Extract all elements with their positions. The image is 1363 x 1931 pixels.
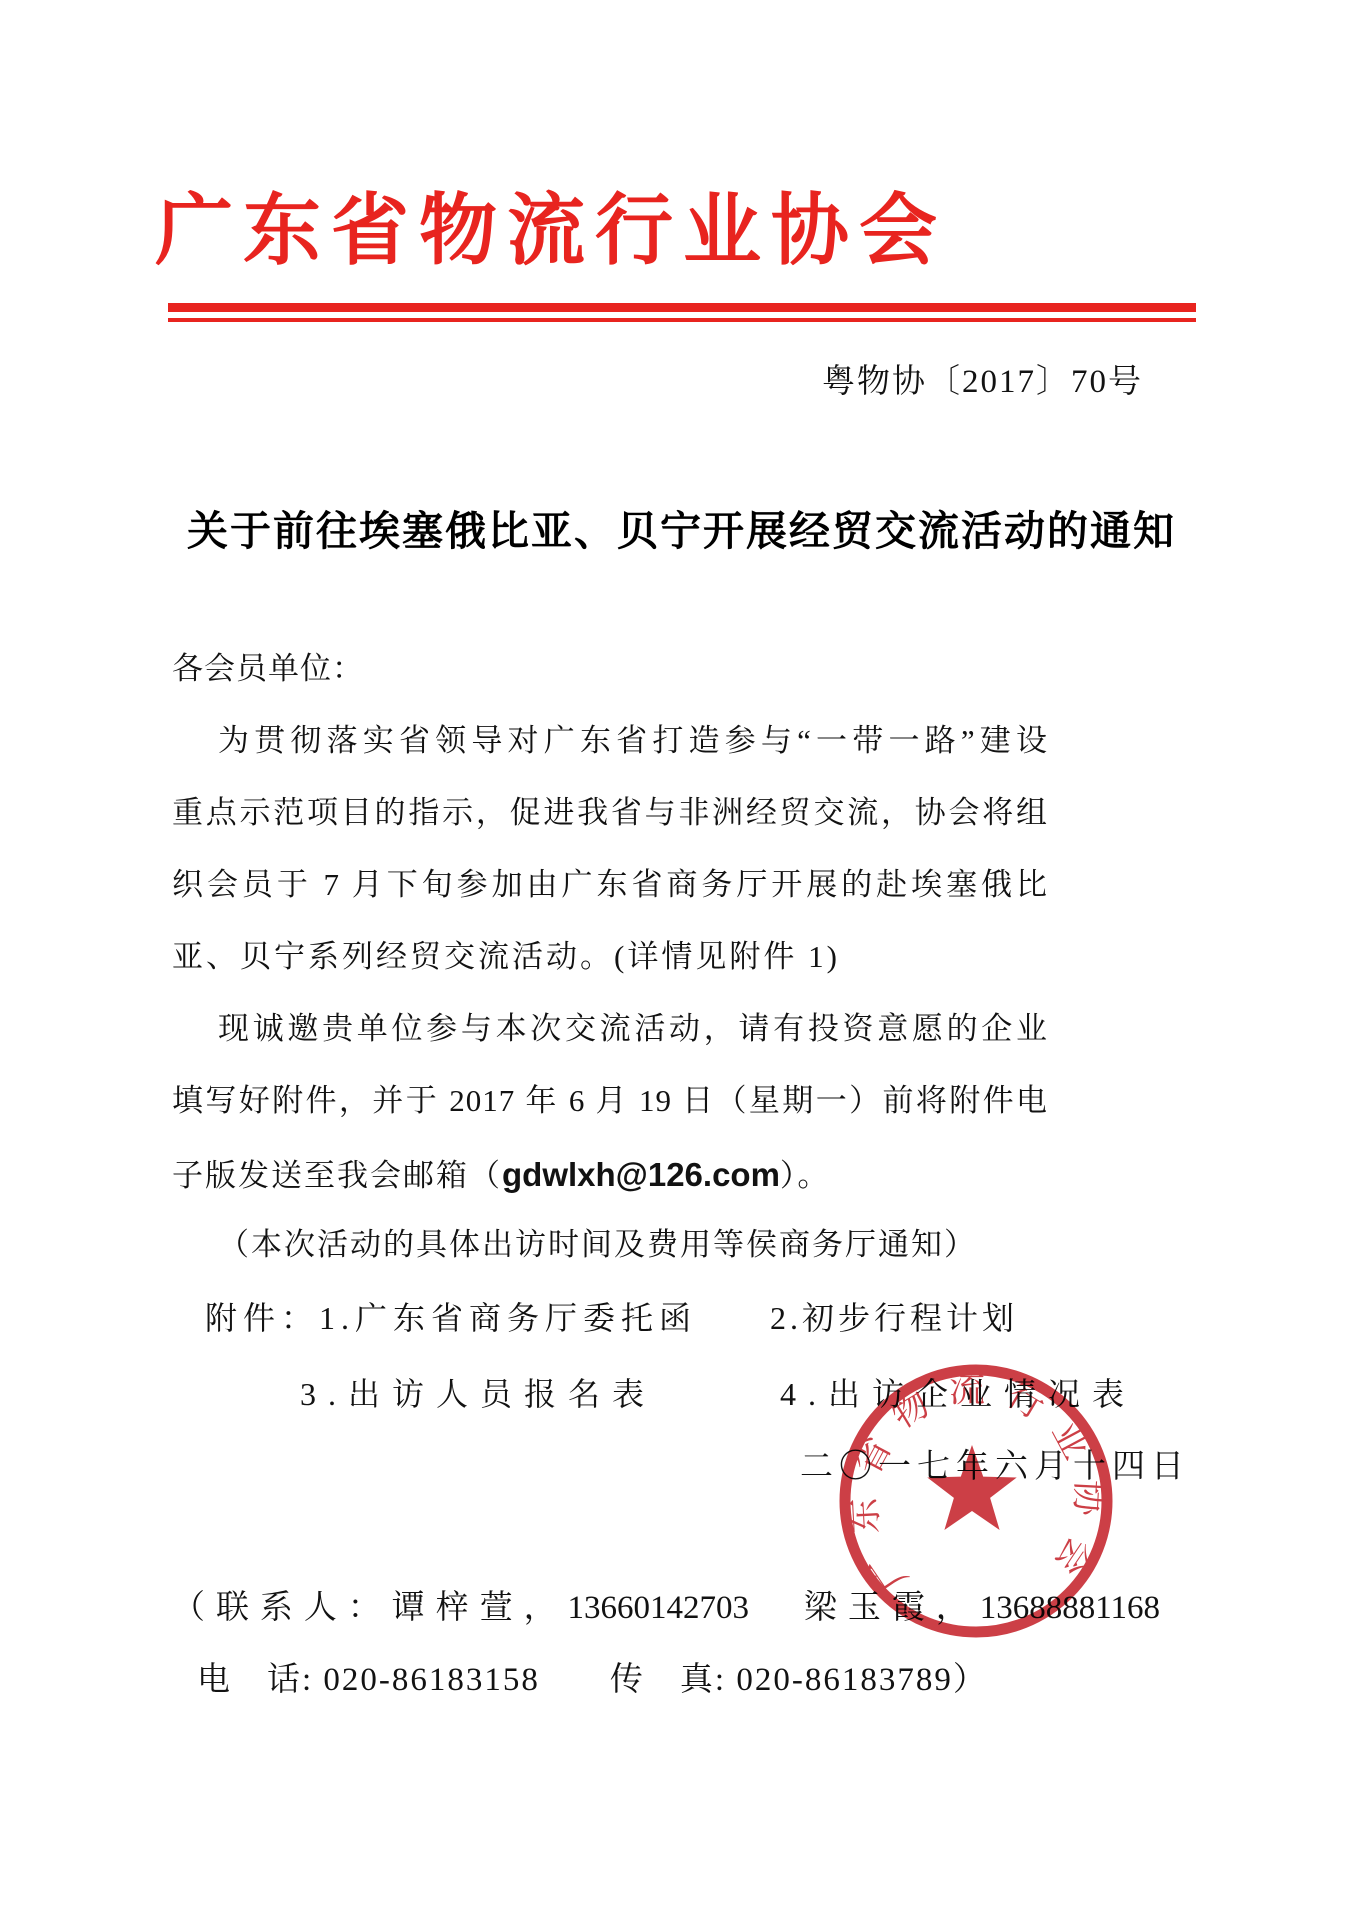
para2-line3: 子版发送至我会邮箱（gdwlxh@126.com）。 bbox=[172, 1154, 830, 1196]
attachment-row1-left: 附件：1.广东省商务厅委托函 bbox=[205, 1298, 697, 1338]
para1-line3: 织会员于 7 月下旬参加由广东省商务厅开展的赴埃塞俄比 bbox=[172, 866, 1048, 910]
document-number: 粤物协〔2017〕70号 bbox=[822, 362, 1143, 403]
para1-line1: 为贯彻落实省领导对广东省打造参与“一带一路”建设 bbox=[218, 722, 1048, 766]
para2-line2: 填写好附件，并于 2017 年 6 月 19 日（星期一）前将附件电 bbox=[172, 1082, 1048, 1126]
salutation: 各会员单位： bbox=[172, 650, 364, 689]
notice-title: 关于前往埃塞俄比亚、贝宁开展经贸交流活动的通知 bbox=[0, 498, 1363, 557]
para2-line3-prefix: 子版发送至我会邮箱（ bbox=[172, 1158, 502, 1193]
attachment-row2-left: 3.出访人员报名表 bbox=[300, 1374, 656, 1414]
attachment-row1-right: 2.初步行程计划 bbox=[770, 1298, 1018, 1338]
seal-star bbox=[927, 1445, 1016, 1530]
note-line: （本次活动的具体出访时间及费用等侯商务厅通知） bbox=[218, 1226, 977, 1265]
letterhead-rule-thin bbox=[168, 318, 1196, 322]
letterhead-org-name: 广东省物流行业协会 bbox=[155, 182, 947, 280]
document-page: 广东省物流行业协会 粤物协〔2017〕70号 关于前往埃塞俄比亚、贝宁开展经贸交… bbox=[0, 0, 1363, 1931]
official-seal: 广东省物流行业协会 bbox=[836, 1360, 1120, 1644]
contact-line2: 电 话: 020-86183158 传 真: 020-86183789） bbox=[197, 1660, 988, 1701]
association-email: gdwlxh@126.com bbox=[502, 1156, 780, 1193]
para2-line3-suffix: ）。 bbox=[780, 1158, 831, 1193]
para1-line4: 亚、贝宁系列经贸交流活动。(详情见附件 1) bbox=[172, 938, 840, 977]
letterhead-rule-thick bbox=[168, 303, 1196, 312]
para1-line2: 重点示范项目的指示，促进我省与非洲经贸交流，协会将组 bbox=[172, 794, 1048, 838]
para2-line1: 现诚邀贵单位参与本次交流活动，请有投资意愿的企业 bbox=[218, 1010, 1048, 1054]
